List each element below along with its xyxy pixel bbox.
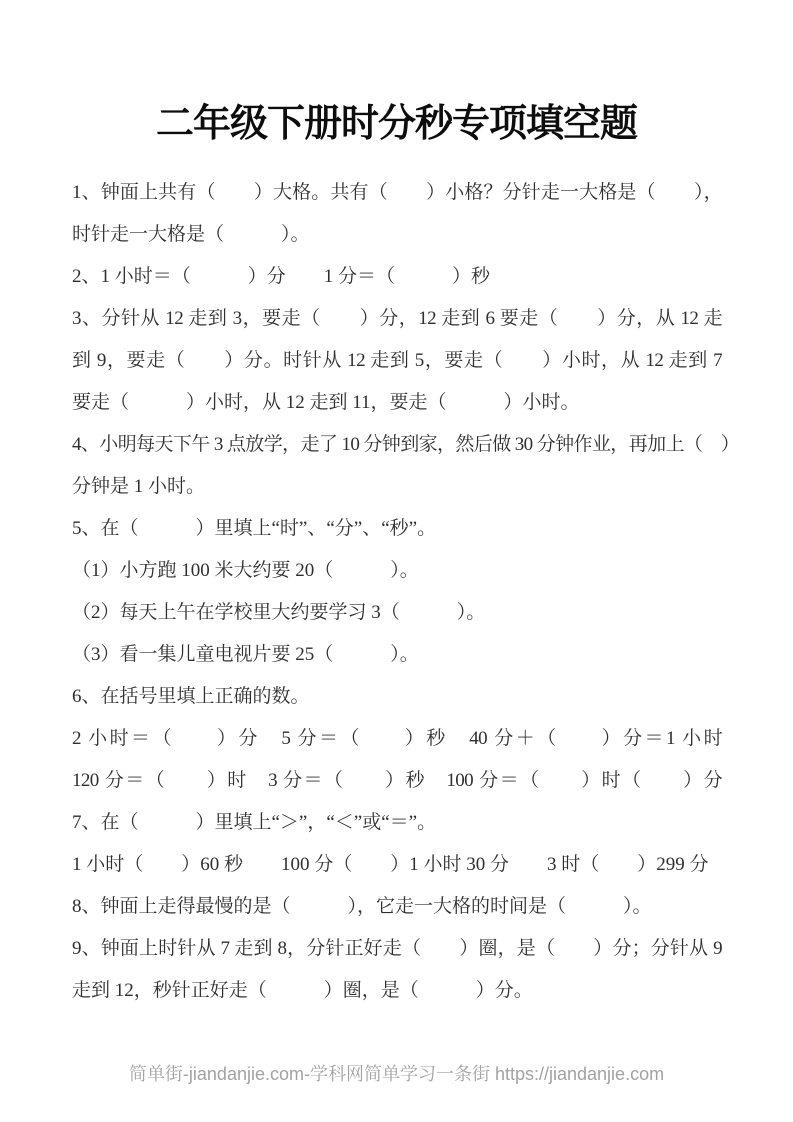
question-line: 5、在（ ）里填上“时”、“分”、“秒”。 [72,508,722,550]
question-line: 6、在括号里填上正确的数。 [72,676,722,718]
question-line: 3、分针从 12 走到 3，要走（ ）分，12 走到 6 要走（ ）分，从 12… [72,298,722,340]
question-line: 走到 12，秒针正好走（ ）圈，是（ ）分。 [72,970,722,1012]
question-line: 2 小时＝（ ）分 5 分＝（ ）秒 40 分＋（ ）分＝1 小时 [72,718,722,760]
question-line: 2、1 小时＝（ ）分 1 分＝（ ）秒 [72,256,722,298]
question-line: 8、钟面上走得最慢的是（ ），它走一大格的时间是（ ）。 [72,886,722,928]
question-line: 分钟是 1 小时。 [72,466,722,508]
question-line: （3）看一集儿童电视片要 25（ ）。 [72,634,722,676]
question-line: 9、钟面上时针从 7 走到 8，分针正好走（ ）圈，是（ ）分；分针从 9 [72,928,722,970]
worksheet-page: 二年级下册时分秒专项填空题 1、钟面上共有（ ）大格。共有（ ）小格？分针走一大… [0,0,793,1122]
question-line: 120 分＝（ ）时 3 分＝（ ）秒 100 分＝（ ）时（ ）分 [72,760,722,802]
question-line: 1、钟面上共有（ ）大格。共有（ ）小格？分针走一大格是（ ）， [72,172,722,214]
question-line: （2）每天上午在学校里大约要学习 3（ ）。 [72,592,722,634]
question-line: 4、小明每天下午 3 点放学，走了 10 分钟到家，然后做 30 分钟作业，再加… [72,424,722,466]
question-line: （1）小方跑 100 米大约要 20（ ）。 [72,550,722,592]
question-line: 时针走一大格是（ ）。 [72,214,722,256]
question-line: 到 9，要走（ ）分。时针从 12 走到 5，要走（ ）小时，从 12 走到 7 [72,340,722,382]
question-line: 1 小时（ ）60 秒 100 分（ ）1 小时 30 分 3 时（ ）299 … [72,844,722,886]
page-title: 二年级下册时分秒专项填空题 [0,0,793,148]
footer-watermark: 简单街-jiandanjie.com-学科网简单学习一条街 https://ji… [0,1060,793,1088]
question-line: 7、在（ ）里填上“＞”，“＜”或“＝”。 [72,802,722,844]
question-line: 要走（ ）小时，从 12 走到 11，要走（ ）小时。 [72,382,722,424]
questions-container: 1、钟面上共有（ ）大格。共有（ ）小格？分针走一大格是（ ），时针走一大格是（… [72,172,722,1012]
